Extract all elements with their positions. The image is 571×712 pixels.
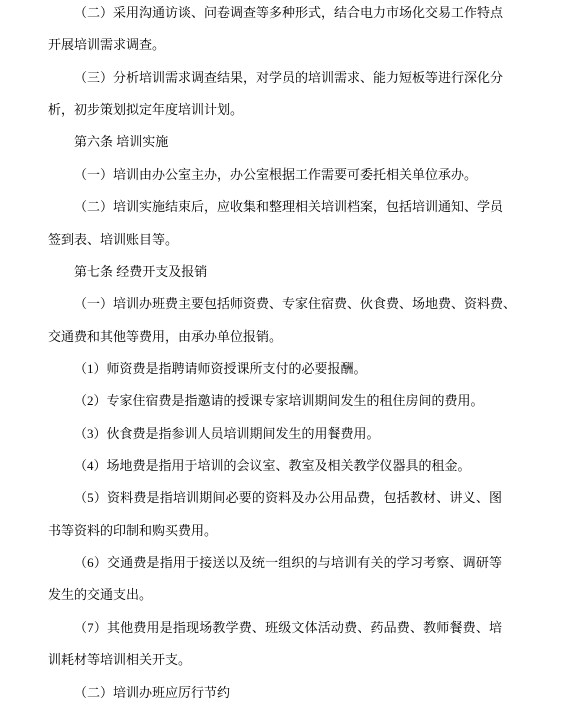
doc-line: 训耗材等培训相关开支。 — [48, 644, 502, 676]
doc-line: （5）资料费是指培训期间必要的资料及办公用品费，包括教材、讲义、图 — [48, 482, 502, 514]
paragraph-training-archives: （二）培训实施结束后，应收集和整理相关培训档案，包括培训通知、学员 签到表、培训… — [48, 191, 502, 256]
paragraph-fee-categories: （一）培训办班费主要包括师资费、专家住宿费、伙食费、场地费、资料费、 交通费和其… — [48, 288, 502, 353]
doc-line: （二）采用沟通访谈、问卷调查等多种形式，结合电力市场化交易工作特点 — [48, 0, 502, 29]
doc-line: 签到表、培训账目等。 — [48, 224, 502, 256]
paragraph-fee-item-1-teacher: （1）师资费是指聘请师资授课所支付的必要报酬。 — [48, 353, 502, 385]
doc-line: 书等资料的印制和购买费用。 — [48, 515, 502, 547]
paragraph-training-organizer: （一）培训由办公室主办，办公室根据工作需要可委托相关单位承办。 — [48, 159, 502, 191]
paragraph-fee-item-4-venue: （4）场地费是指用于培训的会议室、教室及相关教学仪器具的租金。 — [48, 450, 502, 482]
doc-line: （3）伙食费是指参训人员培训期间发生的用餐费用。 — [48, 418, 502, 450]
section-heading-line: 第六条 培训实施 — [48, 126, 502, 158]
section-heading-article-6: 第六条 培训实施 — [48, 126, 502, 158]
doc-line: （三）分析培训需求调查结果，对学员的培训需求、能力短板等进行深化分 — [48, 62, 502, 94]
doc-line: （7）其他费用是指现场教学费、班级文体活动费、药品费、教师餐费、培 — [48, 612, 502, 644]
doc-line: （4）场地费是指用于培训的会议室、教室及相关教学仪器具的租金。 — [48, 450, 502, 482]
section-heading-article-7: 第七条 经费开支及报销 — [48, 256, 502, 288]
doc-line: （二）培训办班应厉行节约 — [48, 677, 502, 709]
document-page: （二）采用沟通访谈、问卷调查等多种形式，结合电力市场化交易工作特点 开展培训需求… — [0, 0, 571, 712]
doc-line: （一）培训办班费主要包括师资费、专家住宿费、伙食费、场地费、资料费、 — [48, 288, 502, 320]
doc-line: 交通费和其他等费用，由承办单位报销。 — [48, 321, 502, 353]
doc-line: （6）交通费是指用于接送以及统一组织的与培训有关的学习考察、调研等 — [48, 547, 502, 579]
document-body: （二）采用沟通访谈、问卷调查等多种形式，结合电力市场化交易工作特点 开展培训需求… — [48, 0, 502, 709]
doc-line: （一）培训由办公室主办，办公室根据工作需要可委托相关单位承办。 — [48, 159, 502, 191]
paragraph-survey-methods: （二）采用沟通访谈、问卷调查等多种形式，结合电力市场化交易工作特点 开展培训需求… — [48, 0, 502, 62]
paragraph-fee-item-2-lodging: （2）专家住宿费是指邀请的授课专家培训期间发生的租住房间的费用。 — [48, 385, 502, 417]
paragraph-survey-analysis: （三）分析培训需求调查结果，对学员的培训需求、能力短板等进行深化分 析，初步策划… — [48, 62, 502, 127]
paragraph-thrift-requirement: （二）培训办班应厉行节约 — [48, 677, 502, 709]
doc-line: 析，初步策划拟定年度培训计划。 — [48, 94, 502, 126]
section-heading-line: 第七条 经费开支及报销 — [48, 256, 502, 288]
doc-line: （1）师资费是指聘请师资授课所支付的必要报酬。 — [48, 353, 502, 385]
paragraph-fee-item-7-other: （7）其他费用是指现场教学费、班级文体活动费、药品费、教师餐费、培 训耗材等培训… — [48, 612, 502, 677]
paragraph-fee-item-3-meals: （3）伙食费是指参训人员培训期间发生的用餐费用。 — [48, 418, 502, 450]
doc-line: 开展培训需求调查。 — [48, 29, 502, 61]
paragraph-fee-item-5-materials: （5）资料费是指培训期间必要的资料及办公用品费，包括教材、讲义、图 书等资料的印… — [48, 482, 502, 547]
doc-line: （2）专家住宿费是指邀请的授课专家培训期间发生的租住房间的费用。 — [48, 385, 502, 417]
doc-line: 发生的交通支出。 — [48, 579, 502, 611]
paragraph-fee-item-6-transport: （6）交通费是指用于接送以及统一组织的与培训有关的学习考察、调研等 发生的交通支… — [48, 547, 502, 612]
doc-line: （二）培训实施结束后，应收集和整理相关培训档案，包括培训通知、学员 — [48, 191, 502, 223]
